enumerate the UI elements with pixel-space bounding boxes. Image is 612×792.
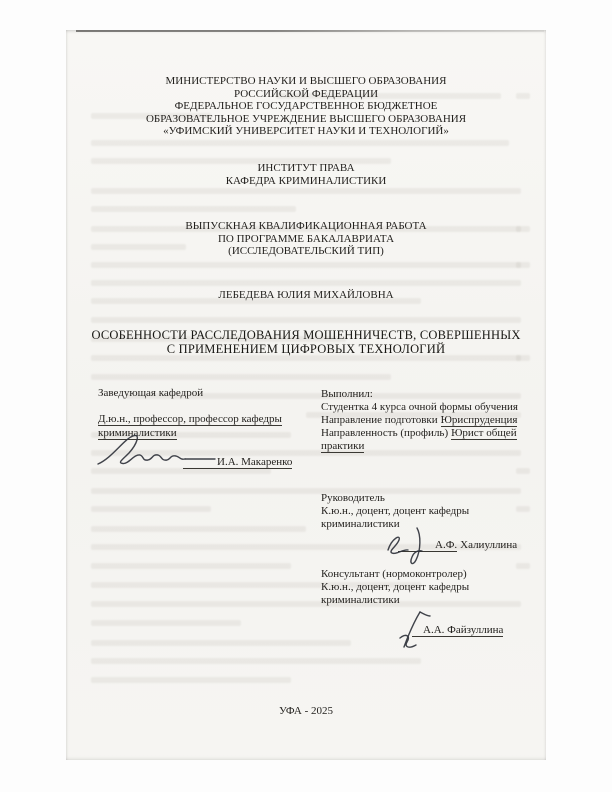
bleed-line [91, 317, 521, 323]
institution-line-1: ФЕДЕРАЛЬНОЕ ГОСУДАРСТВЕННОЕ БЮДЖЕТНОЕ [66, 100, 546, 112]
supervisor-credentials-1: К.ю.н., доцент, доцент кафедры [321, 505, 469, 517]
ministry-line: МИНИСТЕРСТВО НАУКИ И ВЫСШЕГО ОБРАЗОВАНИЯ [66, 75, 546, 87]
work-type-line-2: ПО ПРОГРАММЕ БАКАЛАВРИАТА [66, 233, 546, 245]
bleed-line [91, 658, 421, 664]
bleed-line [91, 262, 521, 268]
bleed-line [91, 140, 509, 146]
consultant-credentials-1: К.ю.н., доцент, доцент кафедры [321, 581, 469, 593]
performed-label: Выполнил: [321, 388, 373, 400]
thesis-title-line-1: ОСОБЕННОСТИ РАССЛЕДОВАНИЯ МОШЕННИЧЕСТВ, … [66, 329, 546, 341]
bleed-line [91, 280, 521, 286]
head-credentials-text-1: Д.ю.н., профессор, профессор кафедры [98, 413, 282, 426]
student-line: Студентка 4 курса очной формы обучения [321, 401, 518, 413]
thesis-title-line-2: С ПРИМЕНЕНИЕМ ЦИФРОВЫХ ТЕХНОЛОГИЙ [66, 343, 546, 355]
head-of-department-signature [96, 433, 221, 467]
consultant-credentials-2: криминалистики [321, 594, 400, 606]
supervisor-name-last: Халиуллина [460, 539, 517, 551]
institute-line: ИНСТИТУТ ПРАВА [66, 162, 546, 174]
consultant-role: Консультант (нормоконтролер) [321, 568, 467, 580]
supervisor-signature [384, 526, 430, 566]
scanned-page-canvas: МИНИСТЕРСТВО НАУКИ И ВЫСШЕГО ОБРАЗОВАНИЯ… [0, 0, 612, 792]
bleed-line [91, 677, 291, 683]
program-value: Юриспруденция [441, 414, 518, 427]
profile-line-2: практики [321, 440, 364, 452]
profile-line: Направленность (профиль)Юрист общей [321, 427, 517, 439]
head-credentials-line-1: Д.ю.н., профессор, профессор кафедры [98, 413, 282, 425]
work-type-line-3: (ИССЛЕДОВАТЕЛЬСКИЙ ТИП) [66, 245, 546, 257]
bleed-line [91, 526, 306, 532]
bleed-line [91, 640, 351, 646]
university-name-line: «УФИМСКИЙ УНИВЕРСИТЕТ НАУКИ И ТЕХНОЛОГИЙ… [66, 125, 546, 137]
bleed-line [516, 506, 530, 512]
bleed-line [516, 468, 530, 474]
bleed-line [91, 563, 291, 569]
bleed-line [91, 488, 521, 494]
profile-label: Направленность (профиль) [321, 427, 448, 439]
supervisor-role: Руководитель [321, 492, 385, 504]
profile-value-1: Юрист общей [451, 427, 516, 440]
bleed-line [91, 506, 211, 512]
profile-value-2: практики [321, 440, 364, 453]
bleed-line [91, 374, 391, 380]
department-line: КАФЕДРА КРИМИНАЛИСТИКИ [66, 175, 546, 187]
bleed-line [516, 355, 530, 361]
program-line: Направление подготовкиЮриспруденция [321, 414, 517, 426]
federation-line: РОССИЙСКОЙ ФЕДЕРАЦИИ [66, 88, 546, 100]
bleed-line [91, 601, 521, 607]
bleed-line [91, 620, 241, 626]
bleed-line [516, 563, 530, 569]
author-name: ЛЕБЕДЕВА ЮЛИЯ МИХАЙЛОВНА [66, 289, 546, 301]
program-label: Направление подготовки [321, 414, 438, 426]
bleed-line [91, 206, 296, 212]
consultant-signature [396, 610, 432, 652]
bleed-line [516, 262, 530, 268]
head-of-department-role: Заведующая кафедрой [98, 387, 203, 399]
bleed-line [91, 188, 521, 194]
city-year-footer: УФА - 2025 [66, 705, 546, 717]
work-type-line-1: ВЫПУСКНАЯ КВАЛИФИКАЦИОННАЯ РАБОТА [66, 220, 546, 232]
institution-line-2: ОБРАЗОВАТЕЛЬНОЕ УЧРЕЖДЕНИЕ ВЫСШЕГО ОБРАЗ… [66, 113, 546, 125]
title-page-sheet: МИНИСТЕРСТВО НАУКИ И ВЫСШЕГО ОБРАЗОВАНИЯ… [66, 30, 546, 760]
